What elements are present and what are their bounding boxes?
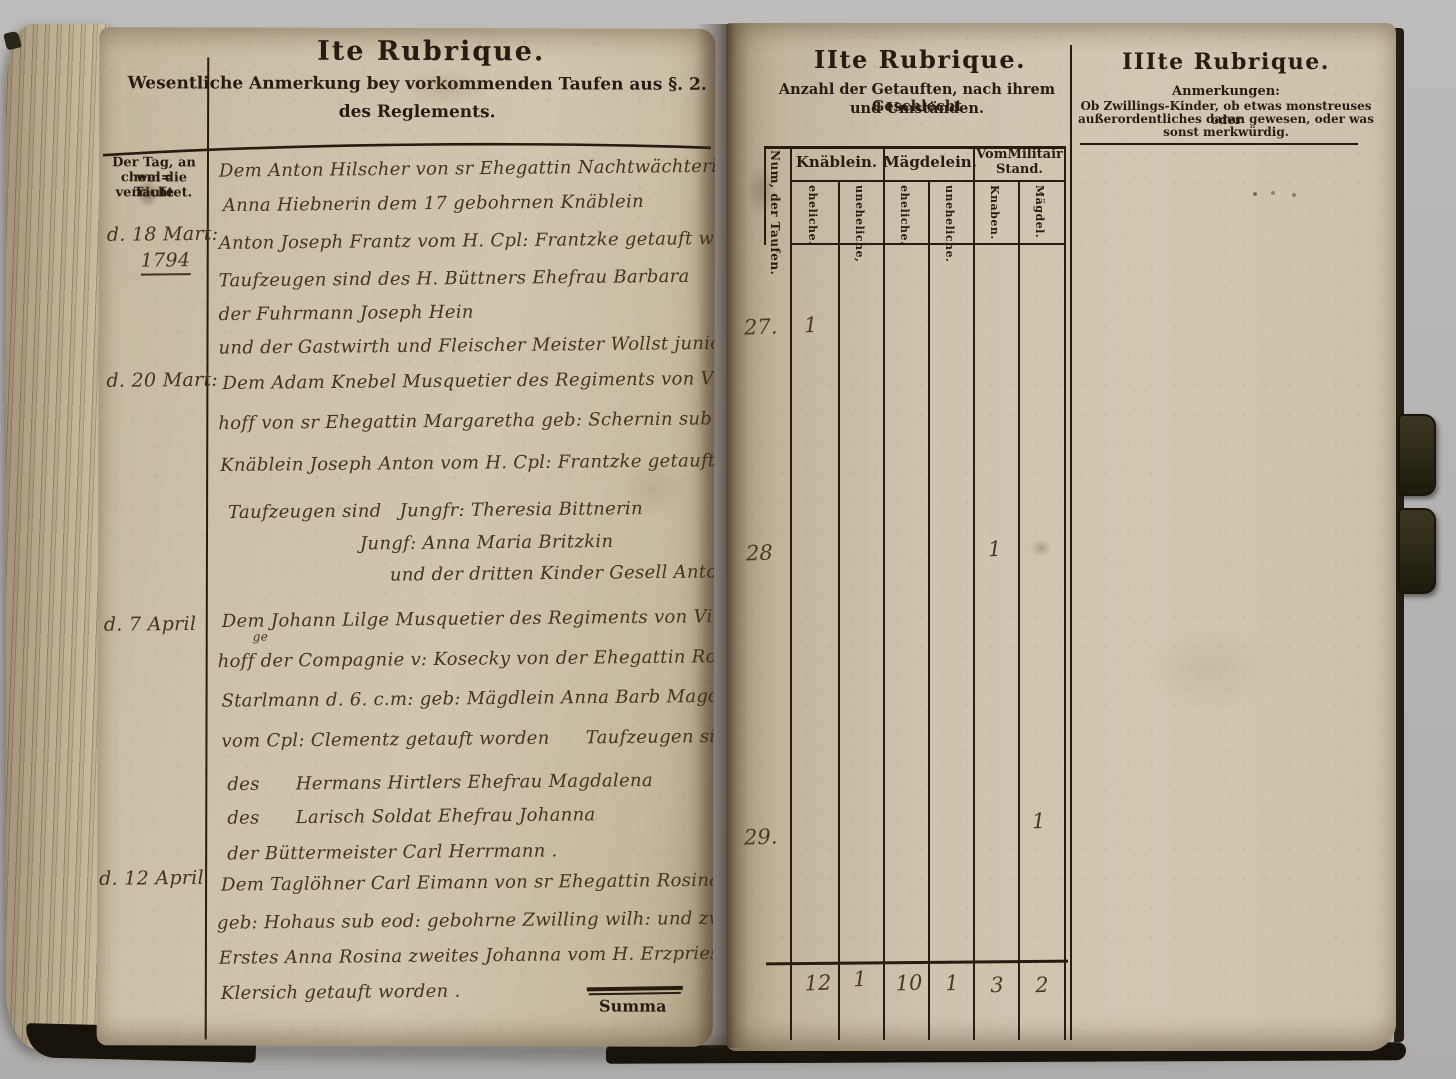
entry-line: und der dritten Kinder Gesell Anton Hoff…: [390, 560, 716, 585]
entry-line: Anna Hiebnerin dem 17 gebohrnen Knäblein: [223, 191, 644, 216]
entry-date: d. 18 Mart:: [107, 223, 219, 246]
rubrique3-heading: Anmerkungen:: [1086, 84, 1366, 99]
entry-line: vom Cpl: Clementz getauft worden Taufzeu…: [221, 726, 715, 752]
book-clasp-bottom: [1398, 508, 1436, 594]
entry-superscript: ge: [253, 630, 269, 644]
rubrique2-title: IIte Rubrique.: [770, 45, 1070, 74]
col-rule-militair-split: [1018, 180, 1020, 1040]
rubrique-divider-rule: [1070, 45, 1072, 1040]
rubrique2-subtitle-line2: und Umständen.: [752, 100, 1082, 117]
entry-line: Dem Taglöhner Carl Eimann von sr Ehegatt…: [221, 870, 715, 896]
entry-line: Starlmann d. 6. c.m: geb: Mägdlein Anna …: [221, 686, 715, 712]
summa-rule-thin: [589, 992, 681, 995]
total-militair-knaben: 3: [982, 972, 1013, 997]
entry-line: der Fuhrmann Joseph Hein: [218, 302, 473, 325]
total-maegdelein-uneheliche: 1: [938, 971, 967, 996]
smudge: [1030, 539, 1052, 557]
group-label-militair: VomMilitair Stand.: [975, 147, 1064, 177]
total-knaeblein-uneheliche: 1: [846, 967, 875, 992]
entry-date: d. 20 Mart:: [106, 369, 218, 392]
entry-line: Klersich getauft worden .: [221, 981, 461, 1004]
table-right-rule: [1064, 146, 1066, 1040]
paper-stain: [1146, 623, 1266, 713]
tally-militair-maegdel: 1: [1032, 809, 1046, 833]
total-militair-maegdel: 2: [1026, 972, 1059, 997]
group-label-maegdelein: Mägdelein.: [883, 153, 973, 171]
summa-label: Summa: [585, 996, 681, 1015]
book-clasp-top: [1398, 414, 1436, 496]
entry-line: Taufzeugen sind des H. Büttners Ehefrau …: [219, 266, 690, 292]
rubrique3-title: IIIte Rubrique.: [1086, 49, 1366, 75]
row-number: 29.: [744, 824, 778, 849]
col-rule-maegdelein-split: [928, 180, 930, 1040]
rubrique3-line3: sonst merkwürdig.: [1078, 126, 1374, 140]
subcol-militair-knaben: Knaben.: [988, 185, 1001, 240]
left-page: Ite Rubrique. Wesentliche Anmerkung bey …: [97, 27, 716, 1047]
col-rule-num: [790, 146, 792, 1040]
date-column-header-line3: verrichtet.: [103, 185, 205, 200]
subcol-maegdelein-eheliche: eheliche.: [898, 185, 911, 245]
totals-rule: [766, 960, 1068, 965]
date-column-rule: [205, 57, 210, 1039]
row-number: 28: [746, 541, 774, 566]
num-column-label: Num, der Taufen.: [768, 150, 782, 275]
col-rule-knaeblein-split: [838, 180, 840, 1040]
col-rule-knaeblein-maegdelein: [883, 146, 885, 1040]
ink-specks: [1246, 189, 1306, 199]
table-left-rule: [764, 146, 766, 245]
summa-rule: [587, 986, 683, 991]
entry-year: 1794: [141, 249, 191, 275]
total-knaeblein-eheliche: 12: [796, 970, 841, 996]
row-number: 27.: [744, 314, 778, 339]
entry-line: Dem Johann Lilge Musquetier des Regiment…: [222, 606, 716, 632]
group-header-rule: [790, 180, 1066, 182]
col-rule-maegdelein-militair: [973, 146, 975, 1040]
subcol-maegdelein-uneheliche: uneheliche.: [943, 185, 956, 262]
entry-line: Taufzeugen sind Jungfr: Theresia Bittner…: [228, 498, 643, 523]
entry-line: und der Gastwirth und Fleischer Meister …: [218, 333, 715, 359]
entry-line: Dem Anton Hilscher von sr Ehegattin Nach…: [219, 156, 715, 182]
entry-line: Erstes Anna Rosina zweites Johanna vom H…: [219, 943, 716, 969]
book-spread: Ite Rubrique. Wesentliche Anmerkung bey …: [0, 0, 1456, 1079]
entry-date: d. 7 April: [104, 613, 197, 636]
right-page: IIte Rubrique. Anzahl der Getauften, nac…: [726, 23, 1396, 1051]
tally-knaeblein-eheliche: 1: [804, 313, 818, 337]
entry-line: Dem Adam Knebel Musquetier des Regiments…: [222, 368, 715, 394]
entry-line: geb: Hohaus sub eod: gebohrne Zwilling w…: [217, 908, 715, 934]
page-edge-stack: [6, 24, 110, 1050]
entry-line: der Büttermeister Carl Herrmann .: [227, 840, 558, 864]
subcol-militair-maegdel: Mägdel.: [1033, 185, 1046, 238]
entry-line: Knäblein Joseph Anton vom H. Cpl: Frantz…: [220, 450, 715, 476]
entry-date: d. 12 April: [99, 867, 204, 890]
group-label-knaeblein: Knäblein.: [790, 153, 883, 171]
rubrique1-title: Ite Rubrique.: [251, 36, 611, 68]
entry-line: Anton Joseph Frantz vom H. Cpl: Frantzke…: [219, 228, 716, 254]
subheader-bottom-rule: [790, 243, 1066, 245]
subcol-knaeblein-uneheliche: uneheliche,: [853, 185, 866, 262]
entry-line: hoff von sr Ehegattin Margaretha geb: Sc…: [218, 407, 715, 434]
entry-line: des Larisch Soldat Ehefrau Johanna: [227, 804, 595, 829]
entry-line: hoff der Compagnie v: Kosecky von der Eh…: [218, 645, 716, 672]
subcol-knaeblein-eheliche: eheliche.: [806, 185, 819, 245]
rubrique3-underline: [1080, 143, 1358, 145]
entry-line: Jungf: Anna Maria Britzkin: [360, 531, 614, 554]
entry-line: des Hermans Hirtlers Ehefrau Magdalena: [227, 770, 653, 795]
tally-militair-knaben: 1: [988, 537, 1002, 561]
gutter-shadow: [696, 24, 748, 1048]
total-maegdelein-eheliche: 10: [890, 970, 929, 995]
